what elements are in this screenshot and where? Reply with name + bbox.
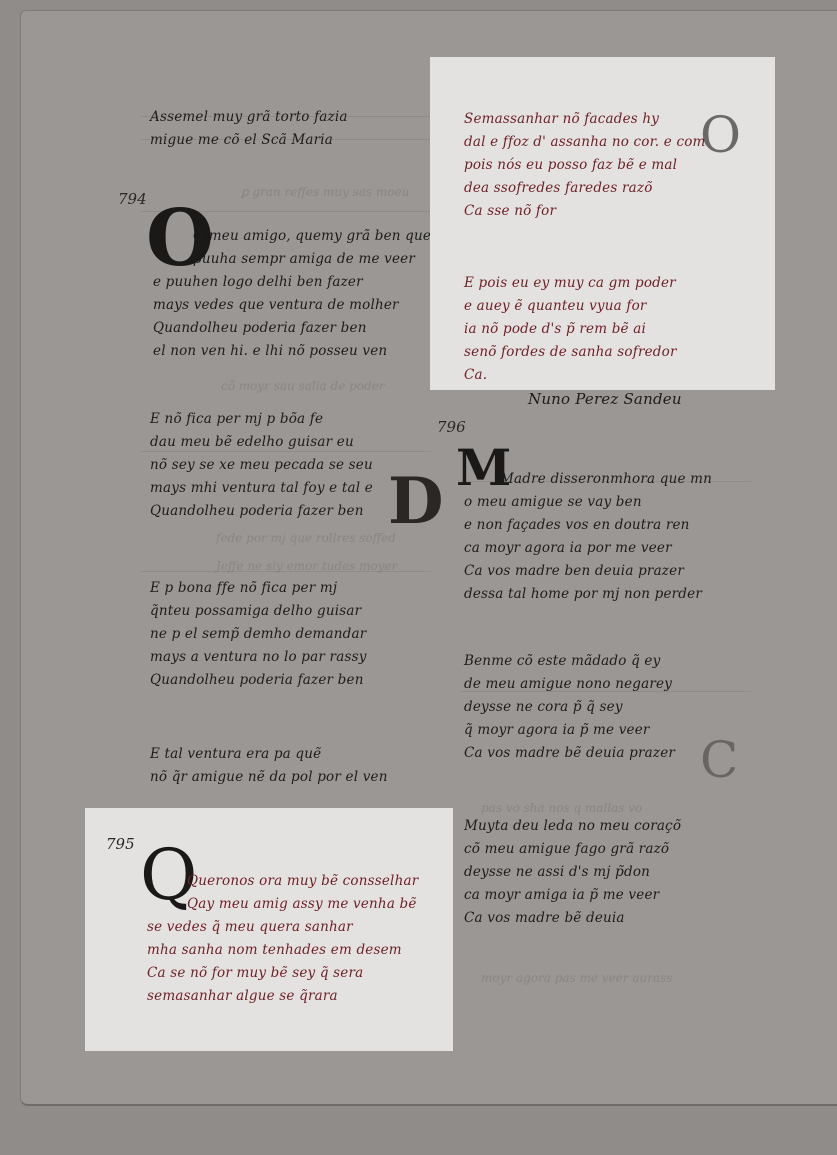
verse-line: Benme cõ este mãdado q̃ ey	[464, 650, 675, 673]
poem-795: Queronos ora muy bẽ consselhar Qay meu a…	[147, 870, 418, 1008]
verse-line: e puuhen logo delhi ben fazer	[153, 271, 438, 294]
verse-line: Ca sse nõ for	[464, 200, 706, 223]
verse-line: Semassanhar nõ facades hy	[464, 108, 706, 131]
verse-line: E p bona ffe nõ fica per mj	[150, 577, 367, 600]
marginal-initial: O	[700, 110, 741, 160]
author-heading: Nuno Perez Sandeu	[528, 388, 682, 411]
verse-line: Ca vos madre ben deuia prazer	[464, 560, 712, 583]
verse-line: de meu amigue nono negarey	[464, 673, 675, 696]
verse-line: Quandolheu poderia fazer ben	[150, 500, 373, 523]
poem-796-stanza-3: Muyta deu leda no meu coraçõ cõ meu amig…	[464, 815, 681, 930]
verse-line: pois nós eu posso faz bẽ e mal	[464, 154, 706, 177]
verse-line: mays mhi ventura tal foy e tal e	[150, 477, 373, 500]
verse-line: ne p el semp̃ demho demandar	[150, 623, 367, 646]
verse-line: mays vedes que ventura de molher	[153, 294, 438, 317]
verse-line: dea ssofredes faredes razõ	[464, 177, 706, 200]
poem-794-stanza-1: O meu amigo, quemy grã ben quer puuha se…	[153, 225, 438, 363]
top-stanza: Assemel muy grã torto fazia migue me cõ …	[150, 106, 348, 152]
poem-796-stanza-1: Madre disseronmhora que mn o meu amigue …	[464, 468, 712, 606]
verse-line: dau meu bẽ edelho guisar eu	[150, 431, 373, 454]
verse-line: Madre disseronmhora que mn	[464, 468, 712, 491]
verse-line: dal e ffoz d' assanha no cor. e com	[464, 131, 706, 154]
bleed-through-text: fede por mj que rollres soffed	[216, 531, 396, 545]
poem-794-stanza-3: E p bona ffe nõ fica per mj q̃nteu possa…	[150, 577, 367, 692]
verse-line: nõ q̃r amigue nẽ da pol por el ven	[150, 766, 388, 789]
verse-line: se vedes q̃ meu quera sanhar	[147, 916, 418, 939]
verse-line: ia nõ pode d's p̃ rem bẽ ai	[464, 318, 677, 341]
verse-line: Quandolheu poderia fazer ben	[153, 317, 438, 340]
verse-line: q̃ moyr agora ia p̃ me veer	[464, 719, 675, 742]
verse-line: Assemel muy grã torto fazia	[150, 106, 348, 129]
poem-continuation-stanza-2: E pois eu ey muy ca gm poder e auey ẽ qu…	[464, 272, 677, 387]
bleed-through-text: moyr agora pas me veer aurass	[481, 971, 672, 985]
bleed-through-text: cõ moyr sau salia de poder	[221, 379, 385, 393]
poem-number: 794	[118, 190, 147, 208]
poem-number: 796	[437, 418, 466, 436]
verse-line: ca moyr agora ia por me veer	[464, 537, 712, 560]
verse-line: E nõ fica per mj p bõa fe	[150, 408, 373, 431]
verse-line: Ca se nõ for muy bẽ sey q̃ sera	[147, 962, 418, 985]
verse-line: E tal ventura era pa quẽ	[150, 743, 388, 766]
poem-796-stanza-2: Benme cõ este mãdado q̃ ey de meu amigue…	[464, 650, 675, 765]
verse-line: Quandolheu poderia fazer ben	[150, 669, 367, 692]
verse-line: o meu amigue se vay ben	[464, 491, 712, 514]
bleed-through-text: ꝑ gran reffes muy sas moeu	[241, 185, 409, 199]
verse-line: q̃nteu possamiga delho guisar	[150, 600, 367, 623]
verse-line: Queronos ora muy bẽ consselhar	[147, 870, 418, 893]
verse-line: nõ sey se xe meu pecada se seu	[150, 454, 373, 477]
marginal-initial: C	[700, 735, 738, 785]
verse-line: dessa tal home por mj non perder	[464, 583, 712, 606]
verse-line: Ca vos madre bẽ deuia	[464, 907, 681, 930]
verse-line: senõ fordes de sanha sofredor	[464, 341, 677, 364]
poem-794-stanza-4: E tal ventura era pa quẽ nõ q̃r amigue n…	[150, 743, 388, 789]
verse-line: semasanhar algue se q̃rara	[147, 985, 418, 1008]
verse-line: Ca.	[464, 364, 677, 387]
verse-line: E pois eu ey muy ca gm poder	[464, 272, 677, 295]
verse-line: e non façades vos en doutra ren	[464, 514, 712, 537]
bleed-through-text: pas vo sha nos q mallas vo	[481, 801, 642, 815]
verse-line: ca moyr amiga ia p̃ me veer	[464, 884, 681, 907]
verse-line: mha sanha nom tenhades em desem	[147, 939, 418, 962]
verse-line: mays a ventura no lo par rassy	[150, 646, 367, 669]
poem-number: 795	[106, 835, 135, 853]
poem-794-stanza-2: E nõ fica per mj p bõa fe dau meu bẽ ede…	[150, 408, 373, 523]
verse-line: O meu amigo, quemy grã ben quer	[153, 225, 438, 248]
verse-line: deysse ne assi d's mj p̃don	[464, 861, 681, 884]
poem-continuation-stanza-1: Semassanhar nõ facades hy dal e ffoz d' …	[464, 108, 706, 223]
verse-line: migue me cõ el Scã Maria	[150, 129, 348, 152]
bleed-through-text: Jeffe ne siy emor tudes moyer	[216, 559, 397, 573]
verse-line: el non ven hi. e lhi nõ posseu ven	[153, 340, 438, 363]
verse-line: Muyta deu leda no meu coraçõ	[464, 815, 681, 838]
verse-line: puuha sempr amiga de me veer	[153, 248, 438, 271]
verse-line: cõ meu amigue fago grã razõ	[464, 838, 681, 861]
decorated-initial-d: D	[388, 470, 444, 534]
verse-line: deysse ne cora p̃ q̃ sey	[464, 696, 675, 719]
verse-line: Qay meu amig assy me venha bẽ	[147, 893, 418, 916]
verse-line: e auey ẽ quanteu vyua for	[464, 295, 677, 318]
verse-line: Ca vos madre bẽ deuia prazer	[464, 742, 675, 765]
